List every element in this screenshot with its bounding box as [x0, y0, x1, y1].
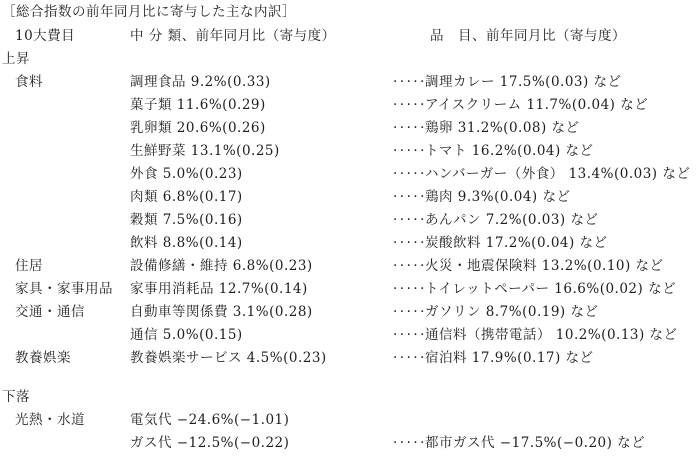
subcategory-cell: 家事用消耗品 12.7%(0.14) [130, 278, 308, 301]
table-row: 肉類 6.8%(0.17) ····· 鶏肉 9.3%(0.04) など [0, 186, 700, 209]
subcategory-cell: 乳卵類 20.6%(0.26) [130, 117, 266, 140]
table-row: 菓子類 11.6%(0.29) ····· アイスクリーム 11.7%(0.04… [0, 94, 700, 117]
dots-leader: ····· [393, 324, 427, 347]
subcategory-cell: 穀類 7.5%(0.16) [130, 209, 243, 232]
item-cell: 都市ガス代 −17.5%(−0.20) など [425, 432, 645, 455]
item-cell: トマト 16.2%(0.04) など [425, 140, 594, 163]
dots-leader: ····· [393, 117, 427, 140]
table-header-row: 10大費目 中 分 類、前年同月比（寄与度） 品 目、前年同月比（寄与度） [0, 25, 700, 48]
item-cell: 火災・地震保険料 13.2%(0.10) など [425, 255, 664, 278]
section-down-line: 下落 [0, 386, 700, 409]
subcategory-cell: 教養娯楽サービス 4.5%(0.23) [130, 347, 327, 370]
document-page: ［総合指数の前年同月比に寄与した主な内訳］ 10大費目 中 分 類、前年同月比（… [0, 0, 700, 471]
category-cell: 教養娯楽 [15, 347, 71, 370]
subcategory-cell: 外食 5.0%(0.23) [130, 163, 243, 186]
dots-leader: ····· [393, 255, 427, 278]
section-label-down: 下落 [2, 386, 30, 409]
subcategory-cell: 飲料 8.8%(0.14) [130, 232, 243, 255]
dots-leader: ····· [393, 347, 427, 370]
dots-leader: ····· [393, 71, 427, 94]
item-cell: アイスクリーム 11.7%(0.04) など [425, 94, 648, 117]
category-cell: 光熱・水道 [15, 409, 85, 432]
subcategory-cell: ガス代 −12.5%(−0.22) [130, 432, 289, 455]
section-label-up: 上昇 [2, 48, 30, 71]
subcategory-cell: 設備修繕・維持 6.8%(0.23) [130, 255, 313, 278]
title-line: ［総合指数の前年同月比に寄与した主な内訳］ [0, 0, 700, 25]
category-cell: 家具・家事用品 [15, 278, 113, 301]
category-cell: 住居 [15, 255, 43, 278]
table-row: 穀類 7.5%(0.16) ····· あんパン 7.2%(0.03) など [0, 209, 700, 232]
item-cell: あんパン 7.2%(0.03) など [425, 209, 598, 232]
header-col-subclass: 中 分 類、前年同月比（寄与度） [130, 25, 336, 48]
subcategory-cell: 肉類 6.8%(0.17) [130, 186, 243, 209]
item-cell: ガソリン 8.7%(0.19) など [425, 301, 598, 324]
dots-leader: ····· [393, 432, 427, 455]
category-cell: 食料 [15, 71, 43, 94]
subcategory-cell: 通信 5.0%(0.15) [130, 324, 243, 347]
table-row: 家具・家事用品 家事用消耗品 12.7%(0.14) ····· トイレットペー… [0, 278, 700, 301]
subcategory-cell: 調理食品 9.2%(0.33) [130, 71, 271, 94]
item-cell: 宿泊料 17.9%(0.17) など [425, 347, 594, 370]
item-cell: 鶏肉 9.3%(0.04) など [425, 186, 570, 209]
category-cell: 交通・通信 [15, 301, 85, 324]
table-row: 通信 5.0%(0.15) ····· 通信料（携帯電話） 10.2%(0.13… [0, 324, 700, 347]
item-cell: 炭酸飲料 17.2%(0.04) など [425, 232, 608, 255]
dots-leader: ····· [393, 209, 427, 232]
table-row: 教養娯楽 教養娯楽サービス 4.5%(0.23) ····· 宿泊料 17.9%… [0, 347, 700, 370]
table-row: 食料 調理食品 9.2%(0.33) ····· 調理カレー 17.5%(0.0… [0, 71, 700, 94]
page-title: ［総合指数の前年同月比に寄与した主な内訳］ [2, 0, 296, 25]
subcategory-cell: 電気代 −24.6%(−1.01) [130, 409, 289, 432]
item-cell: 鶏卵 31.2%(0.08) など [425, 117, 580, 140]
dots-leader: ····· [393, 163, 427, 186]
subcategory-cell: 菓子類 11.6%(0.29) [130, 94, 266, 117]
dots-leader: ····· [393, 140, 427, 163]
item-cell: 調理カレー 17.5%(0.03) など [425, 71, 622, 94]
header-col-item: 品 目、前年同月比（寄与度） [430, 25, 626, 48]
subcategory-cell: 生鮮野菜 13.1%(0.25) [130, 140, 280, 163]
table-row: ガス代 −12.5%(−0.22) ····· 都市ガス代 −17.5%(−0.… [0, 432, 700, 455]
dots-leader: ····· [393, 186, 427, 209]
table-row: 交通・通信 自動車等関係費 3.1%(0.28) ····· ガソリン 8.7%… [0, 301, 700, 324]
table-row: 外食 5.0%(0.23) ····· ハンバーガー（外食） 13.4%(0.0… [0, 163, 700, 186]
item-cell: 通信料（携帯電話） 10.2%(0.13) など [425, 324, 678, 347]
item-cell: ハンバーガー（外食） 13.4%(0.03) など [425, 163, 690, 186]
header-col-category: 10大費目 [15, 25, 75, 48]
dots-leader: ····· [393, 232, 427, 255]
table-row: 乳卵類 20.6%(0.26) ····· 鶏卵 31.2%(0.08) など [0, 117, 700, 140]
dots-leader: ····· [393, 94, 427, 117]
section-up-line: 上昇 [0, 48, 700, 71]
table-row: 住居 設備修繕・維持 6.8%(0.23) ····· 火災・地震保険料 13.… [0, 255, 700, 278]
dots-leader: ····· [393, 278, 427, 301]
item-cell: トイレットペーパー 16.6%(0.02) など [425, 278, 676, 301]
table-row: 飲料 8.8%(0.14) ····· 炭酸飲料 17.2%(0.04) など [0, 232, 700, 255]
subcategory-cell: 自動車等関係費 3.1%(0.28) [130, 301, 313, 324]
table-row: 光熱・水道 電気代 −24.6%(−1.01) [0, 409, 700, 432]
dots-leader: ····· [393, 301, 427, 324]
table-row: 生鮮野菜 13.1%(0.25) ····· トマト 16.2%(0.04) な… [0, 140, 700, 163]
